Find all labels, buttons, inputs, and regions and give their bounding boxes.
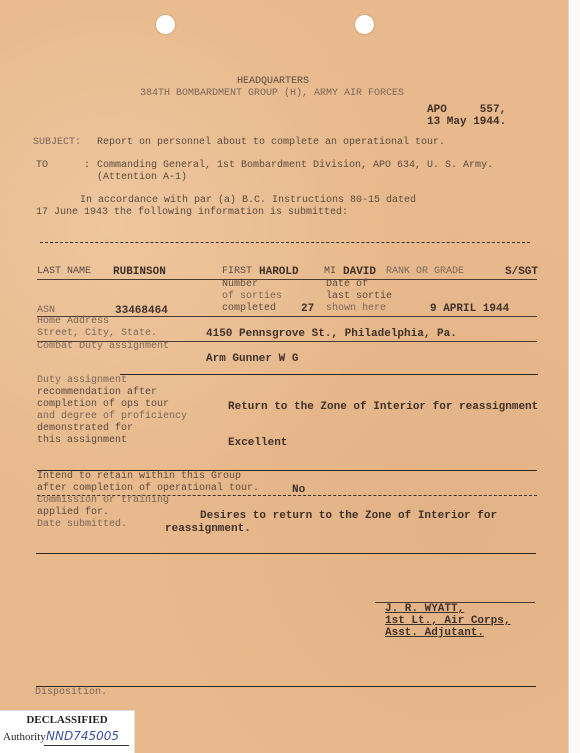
apo-number: APO 557, bbox=[427, 104, 506, 116]
first-name-value: HAROLD bbox=[259, 266, 299, 278]
duty-recommendation-value: Return to the Zone of Interior for reass… bbox=[228, 401, 538, 413]
home-address-label-1: Home Address bbox=[37, 316, 109, 328]
asn-row-line bbox=[37, 316, 537, 317]
last-name-value: RUBINSON bbox=[113, 266, 166, 278]
commission-label-3: Date submitted. bbox=[37, 519, 127, 531]
middle-initial-value: DAVID bbox=[343, 266, 376, 278]
first-name-label: FIRST bbox=[222, 266, 252, 278]
commission-label-1: Commission or training bbox=[37, 495, 169, 507]
home-address-label-2: Street, City, State. bbox=[37, 328, 157, 340]
declassified-title: DECLASSIFIED bbox=[0, 714, 134, 726]
divider-line bbox=[40, 242, 530, 243]
authority-label: Authority bbox=[3, 731, 46, 743]
retain-label-2: after completion of operational tour. bbox=[37, 483, 259, 495]
last-sortie-label-1: Date of bbox=[326, 279, 368, 291]
page-edge bbox=[568, 0, 580, 753]
duty-label-3: completion of ops tour bbox=[37, 399, 169, 411]
document-page: HEADQUARTERS 384TH BOMBARDMENT GROUP (H)… bbox=[0, 0, 568, 753]
signature-rank: 1st Lt., Air Corps, bbox=[385, 615, 510, 627]
intro-line-2: 17 June 1943 the following information i… bbox=[36, 207, 348, 219]
duty-label-4: and degree of proficiency bbox=[37, 411, 187, 423]
commission-label-2: applied for. bbox=[37, 507, 109, 519]
home-address-value: 4150 Pennsgrove St., Philadelphia, Pa. bbox=[206, 328, 457, 340]
header-title: HEADQUARTERS bbox=[237, 76, 309, 88]
duty-label-6: this assignment bbox=[37, 435, 127, 447]
last-sortie-label-2: last sortie bbox=[326, 291, 392, 303]
retain-label-1: Intend to retain within this Group bbox=[37, 471, 241, 483]
rank-value: S/SGT bbox=[505, 266, 538, 278]
subject-label: SUBJECT: bbox=[33, 137, 81, 149]
signature-name: J. R. WYATT, bbox=[385, 603, 464, 615]
punch-hole bbox=[355, 15, 374, 34]
combat-duty-value: Arm Gunner W G bbox=[206, 353, 298, 365]
subject-text: Report on personnel about to complete an… bbox=[97, 137, 445, 149]
rank-label: RANK OR GRADE bbox=[386, 266, 464, 278]
sorties-label-1: Number bbox=[222, 279, 258, 291]
header-unit: 384TH BOMBARDMENT GROUP (H), ARMY AIR FO… bbox=[140, 88, 404, 100]
last-sortie-value: 9 APRIL 1944 bbox=[430, 303, 509, 315]
punch-hole bbox=[156, 15, 175, 34]
commission-value-1: Desires to return to the Zone of Interio… bbox=[200, 510, 497, 522]
to-line-1: Commanding General, 1st Bombardment Divi… bbox=[97, 160, 493, 172]
sorties-value: 27 bbox=[301, 303, 314, 315]
authority-underline bbox=[44, 745, 129, 746]
name-row-line bbox=[37, 279, 537, 280]
commission-row-line bbox=[36, 553, 536, 554]
disposition-label: Disposition. bbox=[35, 687, 107, 699]
sorties-label-2: of sorties bbox=[222, 291, 282, 303]
combat-duty-label: Combat Duty assignment bbox=[37, 341, 169, 353]
intro-line-1: In accordance with par (a) B.C. Instruct… bbox=[80, 195, 416, 207]
last-sortie-label-3: shown here bbox=[326, 303, 386, 315]
duty-label-5: demonstrated for bbox=[37, 423, 133, 435]
authority-value: NND745005 bbox=[46, 729, 119, 743]
to-line-2: (Attention A-1) bbox=[97, 172, 187, 184]
to-label: TO bbox=[36, 160, 48, 172]
duty-label-1: Duty assignment bbox=[37, 375, 127, 387]
declassified-stamp: DECLASSIFIED Authority NND745005 bbox=[0, 710, 135, 753]
document-date: 13 May 1944. bbox=[427, 116, 506, 128]
proficiency-value: Excellent bbox=[228, 437, 287, 449]
signature-title: Asst. Adjutant. bbox=[385, 627, 484, 639]
duty-label-2: recommendation after bbox=[37, 387, 157, 399]
combat-row-line bbox=[120, 374, 538, 375]
sorties-label-3: completed bbox=[222, 303, 276, 315]
commission-value-2: reassignment. bbox=[165, 523, 251, 535]
last-name-label: LAST NAME bbox=[37, 266, 91, 278]
middle-initial-label: MI bbox=[324, 266, 336, 278]
to-colon: : bbox=[84, 160, 90, 172]
disposition-line bbox=[36, 686, 536, 687]
